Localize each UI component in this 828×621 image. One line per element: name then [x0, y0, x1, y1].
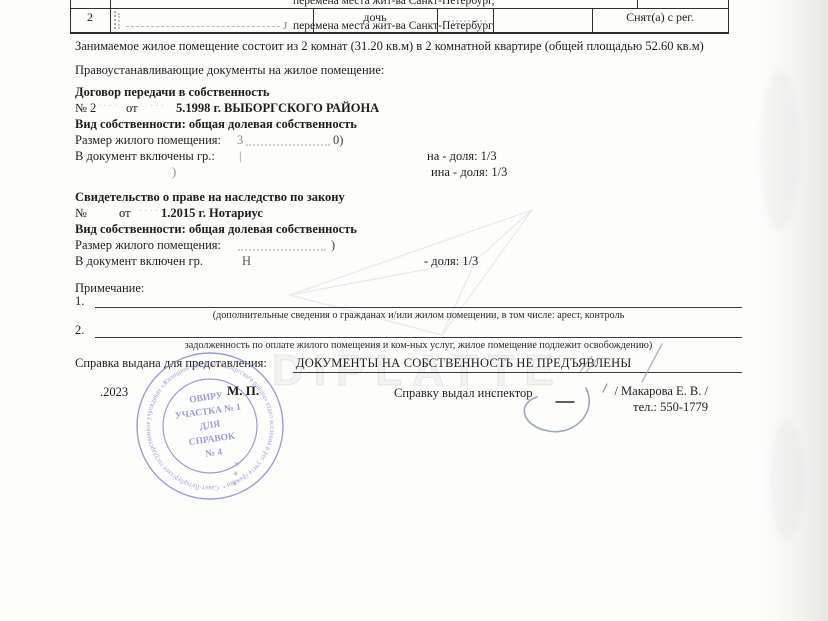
- handwritten-tick: [603, 384, 607, 392]
- handwritten-mark: [580, 356, 598, 372]
- signature-loop: [524, 388, 589, 432]
- scanned-certificate-page: DIPLATTE перемена места жит-ва Санкт-Пет…: [0, 0, 828, 621]
- signature: [0, 0, 828, 621]
- handwritten-slash: [642, 344, 662, 382]
